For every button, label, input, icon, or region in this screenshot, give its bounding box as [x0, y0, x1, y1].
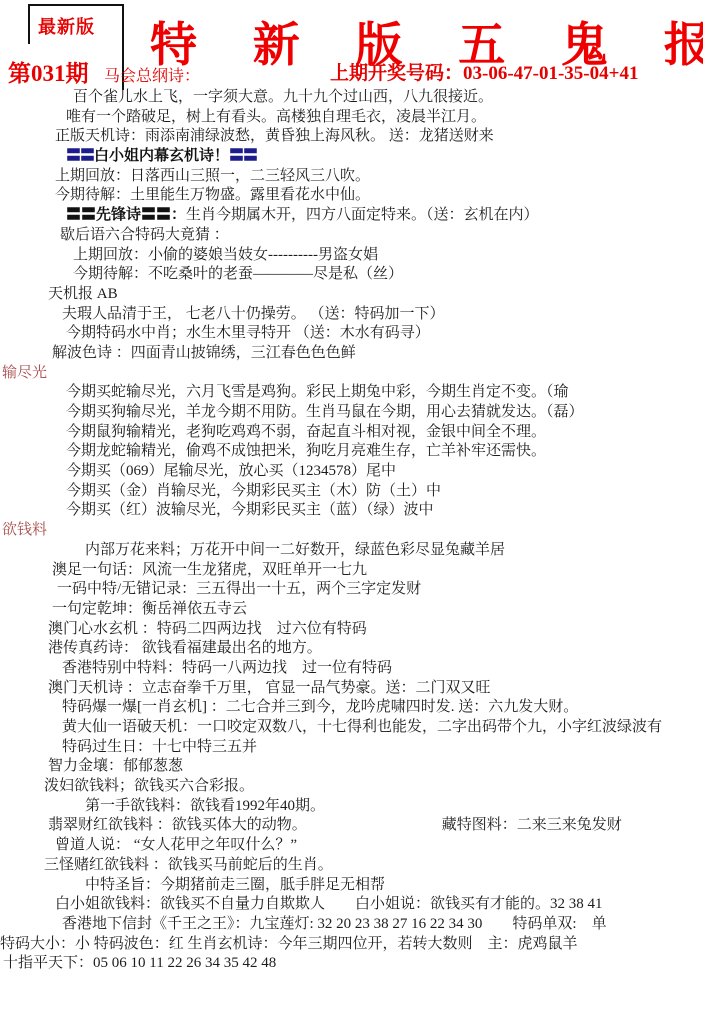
text-line: 十指平天下：05 06 10 11 22 26 34 35 42 48 [0, 954, 703, 974]
text-segment: 香港地下信封《千王之王》：九宝莲灯: 32 20 23 38 27 16 22 … [62, 916, 607, 932]
text-segment: 澳足一句话：风流一生龙猪虎，双旺单开一七九 [52, 562, 367, 578]
text-line: 今期龙蛇输精光，偷鸡不成蚀把米，狗吃月亮难生存，亡羊补牢还需快。 [0, 442, 703, 462]
general-poem-label: 马会总纲诗： [104, 63, 200, 86]
latest-edition-badge: 最新版 [38, 13, 95, 39]
last-draw-numbers: 上期开奖号码：03-06-47-01-35-04+41 [330, 58, 638, 85]
double-bar-icon: 〓〓 [229, 148, 257, 164]
text-segment: 白小姐内幕玄机诗！ [94, 148, 229, 164]
text-line: 输尽光 [0, 364, 703, 384]
text-line: 特码爆一爆[一肖玄机] ：二七合并三到今，龙吟虎啸四时发. 送：六九发大财。 [0, 698, 703, 718]
text-line: 港传真药诗： 欲钱看福建最出名的地方。 [0, 639, 703, 659]
text-line: 〓〓先锋诗〓〓：生肖今期属木开，四方八面定特来。（送：玄机在内） [0, 206, 703, 226]
text-line: 中特圣旨：今期猪前走三圈，胝手胖足无相帮 [0, 876, 703, 896]
text-segment: 上期回放：小偷的婆娘当妓女----------男盗女娼 [73, 247, 378, 263]
text-segment: 泼妇欲钱料；欲钱买六合彩报。 [44, 778, 254, 794]
text-segment: 歇后语六合特码大竟猜 ： [60, 227, 229, 243]
text-line: 今期买蛇输尽光，六月飞雪是鸡狗。彩民上期兔中彩，今期生肖定不变。（瑜 [0, 383, 703, 403]
text-segment: 今期待解：不吃桑叶的老蚕————尽是私（丝） [73, 266, 403, 282]
text-line: 今期买（069）尾输尽光，放心买（1234578）尾中 [0, 462, 703, 482]
text-segment: 解波色诗 ：四面青山披锦绣，三江春色色色鲜 [52, 345, 356, 361]
text-line: 第一手欲钱料：欲钱看1992年40期。 [0, 797, 703, 817]
text-line: 澳门心水玄机 ：特码二四两边找 过六位有特码 [0, 620, 703, 640]
text-line: 今期待解：土里能生万物盛。露里看花水中仙。 [0, 186, 703, 206]
text-line: 白小姐欲钱料：欲钱买不自量力自欺欺人 白小姐说：欲钱买有才能的。32 38 41 [0, 895, 703, 915]
text-line: 今期买狗输尽光，羊龙今期不用防。生肖马鼠在今期，用心去猜就发达。（磊） [0, 403, 703, 423]
text-segment: 一句定乾坤：衡岳禅依五寺云 [52, 601, 247, 617]
section-heading: 输尽光 [2, 365, 47, 381]
text-line: 澳门天机诗 ：立志奋拳千万里， 官显一品气势豪。送：二门双又旺 [0, 679, 703, 699]
text-segment: 唯有一个踏破足，树上有看头。高楼独自理毛衣，凌晨半江月。 [66, 109, 486, 125]
text-line: 百个雀儿水上飞，一字须大意。九十九个过山西，八九很接近。 [0, 88, 703, 108]
text-line: 正版天机诗：雨添南浦绿波愁，黄昏独上海风秋。 送：龙猪送财来 [0, 127, 703, 147]
text-segment: 今期买蛇输尽光，六月飞雪是鸡狗。彩民上期兔中彩，今期生肖定不变。（瑜 [66, 384, 569, 400]
text-line: 智力金壤：郁郁葱葱 [0, 757, 703, 777]
text-line: 上期回放：小偷的婆娘当妓女----------男盗女娼 [0, 246, 703, 266]
text-segment: 今期特码水中肖；水生木里寻特开 （送：木水有码寻） [66, 325, 430, 341]
text-line: 解波色诗 ：四面青山披锦绣，三江春色色色鲜 [0, 344, 703, 364]
text-line: 今期待解：不吃桑叶的老蚕————尽是私（丝） [0, 265, 703, 285]
text-segment: 今期买（金）肖输尽光，今期彩民买主（木）防（土）中 [66, 483, 441, 499]
text-line: 黄大仙一语破天机：一口咬定双数八，十七得利也能发，二字出码带个九，小字红波绿波有 [0, 718, 703, 738]
text-segment: 今期龙蛇输精光，偷鸡不成蚀把米，狗吃月亮难生存，亡羊补牢还需快。 [66, 443, 546, 459]
text-line: 今期特码水中肖；水生木里寻特开 （送：木水有码寻） [0, 324, 703, 344]
issue-number: 第031期 [8, 55, 89, 88]
text-segment: 今期鼠狗输精光，老狗吃鸡鸡不弱，奋起直斗相对视，金银中间全不理。 [66, 424, 546, 440]
text-line: 天机报 AB [0, 285, 703, 305]
text-line: 特码过生日：十七中特三五并 [0, 738, 703, 758]
text-segment: 正版天机诗：雨添南浦绿波愁，黄昏独上海风秋。 送：龙猪送财来 [55, 128, 494, 144]
text-line: 上期回放：日落西山三照一，二三轻风三八吹。 [0, 167, 703, 187]
text-line: 三怪赌红欲钱料 ：欲钱买马前蛇后的生肖。 [0, 856, 703, 876]
text-segment: 白小姐欲钱料：欲钱买不自量力自欺欺人 白小姐说：欲钱买有才能的。32 38 41 [55, 896, 603, 912]
text-segment: 三怪赌红欲钱料 ：欲钱买马前蛇后的生肖。 [44, 857, 333, 873]
text-line: 内部万花来料；万花开中间一二好数开，绿蓝色彩尽显兔藏羊居 [0, 541, 703, 561]
text-line: 今期买（红）波输尽光，今期彩民买主（蓝）（绿）波中 [0, 501, 703, 521]
text-segment: 内部万花来料；万花开中间一二好数开，绿蓝色彩尽显兔藏羊居 [85, 542, 505, 558]
text-line: 翡翠财红欲钱料 ：欲钱买体大的动物。藏特图料：二来三来兔发财 [0, 816, 703, 836]
lottery-tip-sheet-page: 最新版 特 新 版 五 鬼 报 第031期 马会总纲诗： 上期开奖号码：03-0… [0, 0, 703, 1016]
text-line: 泼妇欲钱料；欲钱买六合彩报。 [0, 777, 703, 797]
text-segment: 今期买（红）波输尽光，今期彩民买主（蓝）（绿）波中 [66, 502, 434, 518]
text-segment: 澳门天机诗 ：立志奋拳千万里， 官显一品气势豪。送：二门双又旺 [48, 680, 491, 696]
badge-frame-left-line [28, 4, 30, 44]
text-line: 香港地下信封《千王之王》：九宝莲灯: 32 20 23 38 27 16 22 … [0, 915, 703, 935]
text-segment: 中特圣旨：今期猪前走三圈，胝手胖足无相帮 [85, 877, 385, 893]
text-segment: 港传真药诗： 欲钱看福建最出名的地方。 [48, 640, 322, 656]
text-segment: 特码大小：小 特码波色：红 生肖玄机诗：今年三期四位开，若转大数则 主：虎鸡鼠羊 [0, 936, 578, 952]
text-segment: 夫瑕人品清于王， 七老八十仍操劳。 （送：特码加一下） [62, 306, 445, 322]
text-segment: 十指平天下：05 06 10 11 22 26 34 35 42 48 [3, 955, 276, 971]
text-line: 欲钱料 [0, 521, 703, 541]
text-line: 一句定乾坤：衡岳禅依五寺云 [0, 600, 703, 620]
text-line: 一码中特/无错记录：三五得出一十五，两个三字定发财 [0, 580, 703, 600]
text-segment: 生肖今期属木开，四方八面定特来。（送：玄机在内） [186, 207, 539, 223]
text-line: 香港特别中特料：特码一八两边找 过一位有特码 [0, 659, 703, 679]
text-line: 歇后语六合特码大竟猜 ： [0, 226, 703, 246]
text-line: 唯有一个踏破足，树上有看头。高楼独自理毛衣，凌晨半江月。 [0, 108, 703, 128]
text-segment: 黄大仙一语破天机：一口咬定双数八，十七得利也能发，二字出码带个九，小字红波绿波有 [62, 719, 662, 735]
text-line: 今期买（金）肖输尽光，今期彩民买主（木）防（土）中 [0, 482, 703, 502]
body-lines: 百个雀儿水上飞，一字须大意。九十九个过山西，八九很接近。唯有一个踏破足，树上有看… [0, 88, 703, 974]
text-line: 澳足一句话：风流一生龙猪虎，双旺单开一七九 [0, 561, 703, 581]
text-segment: 一码中特/无错记录：三五得出一十五，两个三字定发财 [57, 581, 421, 597]
text-line: 曾道人说： “女人花甲之年叹什么？” [0, 836, 703, 856]
text-segment: 天机报 AB [48, 286, 118, 302]
text-segment: 澳门心水玄机 ：特码二四两边找 过六位有特码 [48, 621, 367, 637]
double-bar-icon: 〓〓 [66, 148, 94, 164]
text-segment: 特码过生日：十七中特三五并 [62, 739, 257, 755]
text-segment: 第一手欲钱料：欲钱看1992年40期。 [85, 798, 325, 814]
text-segment: 今期买（069）尾输尽光，放心买（1234578）尾中 [66, 463, 396, 479]
text-segment: 香港特别中特料：特码一八两边找 过一位有特码 [62, 660, 392, 676]
badge-frame-top-line [28, 4, 124, 6]
text-segment: 百个雀儿水上飞，一字须大意。九十九个过山西，八九很接近。 [73, 89, 493, 105]
text-segment: 〓〓先锋诗〓〓： [66, 207, 186, 223]
section-heading: 欲钱料 [2, 522, 47, 538]
text-segment: 上期回放：日落西山三照一，二三轻风三八吹。 [55, 168, 370, 184]
text-segment: 今期待解：土里能生万物盛。露里看花水中仙。 [55, 187, 370, 203]
text-segment: 特码爆一爆[一肖玄机] ：二七合并三到今，龙吟虎啸四时发. 送：六九发大财。 [62, 699, 578, 715]
text-segment: 智力金壤：郁郁葱葱 [48, 758, 183, 774]
text-line: 特码大小：小 特码波色：红 生肖玄机诗：今年三期四位开，若转大数则 主：虎鸡鼠羊 [0, 935, 703, 955]
text-segment: 翡翠财红欲钱料 ：欲钱买体大的动物。 [48, 817, 307, 833]
text-segment: 曾道人说： “女人花甲之年叹什么？” [55, 837, 297, 853]
text-line: 〓〓白小姐内幕玄机诗！〓〓 [0, 147, 703, 167]
text-line: 夫瑕人品清于王， 七老八十仍操劳。 （送：特码加一下） [0, 305, 703, 325]
text-segment: 今期买狗输尽光，羊龙今期不用防。生肖马鼠在今期，用心去猜就发达。（磊） [66, 404, 584, 420]
text-line: 今期鼠狗输精光，老狗吃鸡鸡不弱，奋起直斗相对视，金银中间全不理。 [0, 423, 703, 443]
text-segment: 藏特图料：二来三来兔发财 [442, 817, 622, 833]
